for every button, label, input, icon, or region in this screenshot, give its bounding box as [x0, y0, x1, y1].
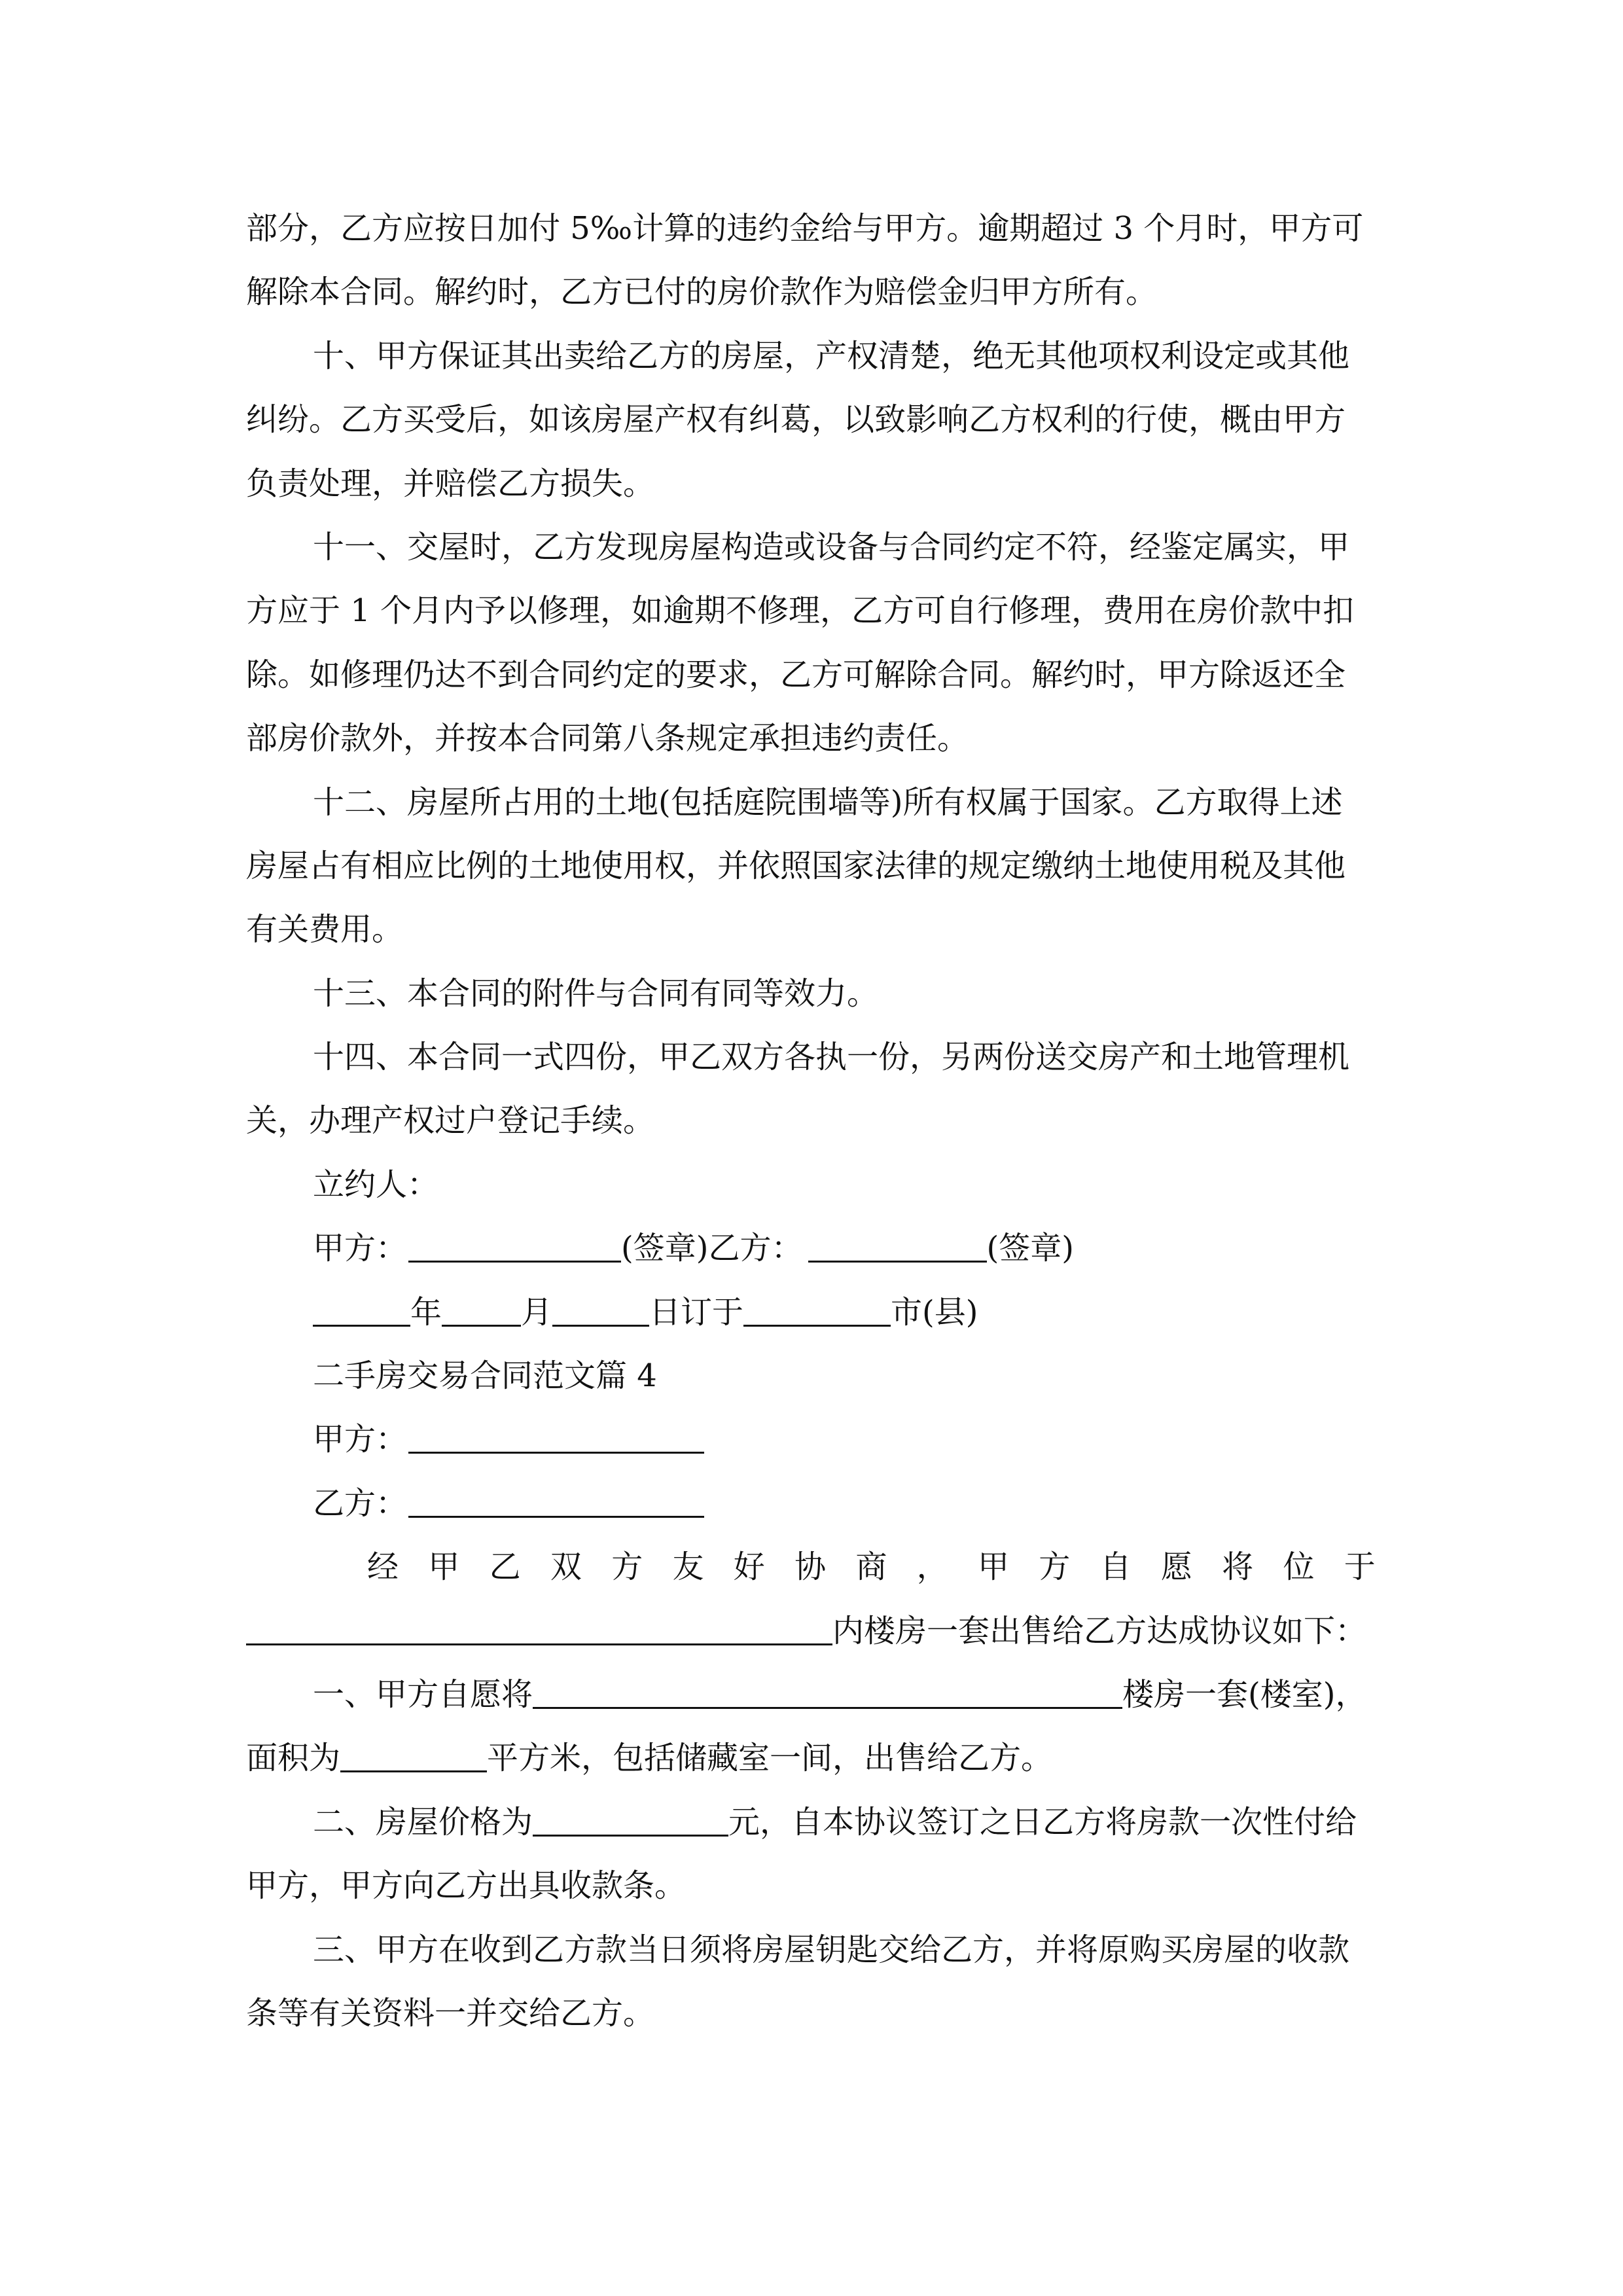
area-label: 面积为: [246, 1740, 340, 1776]
clause-thirteen: 十三、本合同的附件与合同有同等效力。: [246, 962, 1376, 1026]
clause-fourteen: 十四、本合同一式四份，甲乙双方各执一份，另两份送交房产和土地管理机 关，办理产权…: [246, 1026, 1376, 1153]
city-county-label: 市(县): [891, 1294, 978, 1331]
party-a-label: 甲方：: [313, 1230, 407, 1266]
char: 将: [1222, 1535, 1253, 1599]
location-blank[interactable]: [246, 1643, 832, 1645]
property-address-blank[interactable]: [533, 1706, 1122, 1709]
clause1-line2: 面积为平方米，包括储藏室一间，出售给乙方。: [246, 1727, 1376, 1790]
text-line: 有关费用。: [246, 898, 1376, 961]
party-a-seal: (签章): [621, 1230, 708, 1266]
char: 双: [550, 1535, 582, 1599]
date-place-line: 年月日订于市(县): [246, 1281, 1376, 1344]
area-tail: 平方米，包括储藏室一间，出售给乙方。: [487, 1740, 1052, 1776]
clause1-head: 一、甲方自愿将: [313, 1676, 533, 1713]
clause1-tail: 楼房一套(楼室)，: [1122, 1676, 1366, 1713]
paragraph-continuation: 部分，乙方应按日加付 5‰计算的违约金给与甲方。逾期超过 3 个月时，甲方可 解…: [246, 197, 1376, 325]
area-blank[interactable]: [340, 1770, 487, 1772]
text-line: 十二、房屋所占用的土地(包括庭院围墙等)所有权属于国家。乙方取得上述: [246, 771, 1376, 834]
clause3-line1: 三、甲方在收到乙方款当日须将房屋钥匙交给乙方，并将原购买房屋的收款: [246, 1918, 1376, 1982]
day-signed-at-label: 日订于: [649, 1294, 743, 1331]
document-body: 部分，乙方应按日加付 5‰计算的违约金给与甲方。逾期超过 3 个月时，甲方可 解…: [246, 197, 1376, 2045]
text-line: 十一、交屋时，乙方发现房屋构造或设备与合同约定不符，经鉴定属实，甲: [246, 516, 1376, 579]
text-line: 十三、本合同的附件与合同有同等效力。: [246, 962, 1376, 1026]
char: 位: [1283, 1535, 1314, 1599]
price-blank[interactable]: [533, 1834, 728, 1837]
month-blank[interactable]: [442, 1324, 521, 1327]
party-b-signature-blank[interactable]: [808, 1260, 987, 1263]
text-line: 纠纷。乙方买受后，如该房屋产权有纠葛，以致影响乙方权利的行使，概由甲方: [246, 388, 1376, 452]
year-blank[interactable]: [313, 1324, 410, 1327]
char: 方: [611, 1535, 643, 1599]
text-line: 关，办理产权过户登记手续。: [246, 1089, 1376, 1153]
char: 友: [672, 1535, 704, 1599]
char: 经: [367, 1535, 399, 1599]
clause3-line2: 条等有关资料一并交给乙方。: [246, 1982, 1376, 2045]
intro-location-line: 内楼房一套出售给乙方达成协议如下：: [246, 1600, 1376, 1663]
month-label: 月: [521, 1294, 552, 1331]
char: 好: [734, 1535, 765, 1599]
document-page: 部分，乙方应按日加付 5‰计算的违约金给与甲方。逾期超过 3 个月时，甲方可 解…: [0, 0, 1623, 2296]
char: ，: [917, 1535, 948, 1599]
char: 方: [1039, 1535, 1070, 1599]
clause2-head: 二、房屋价格为: [313, 1804, 533, 1840]
text-line: 除。如修理仍达不到合同约定的要求，乙方可解除合同。解约时，甲方除返还全: [246, 643, 1376, 707]
party-a-label: 甲方：: [313, 1421, 407, 1458]
day-blank[interactable]: [552, 1324, 649, 1327]
text-line: 方应于 1 个月内予以修理，如逾期不修理，乙方可自行修理，费用在房价款中扣: [246, 579, 1376, 643]
party-b-seal: (签章): [987, 1230, 1074, 1266]
signature-line: 甲方：(签章)乙方：(签章): [246, 1217, 1376, 1280]
char: 商: [855, 1535, 887, 1599]
party-b-label: 乙方：: [708, 1230, 802, 1266]
char: 甲: [428, 1535, 459, 1599]
section-title: 二手房交易合同范文篇 4: [246, 1344, 1376, 1408]
text-line: 部分，乙方应按日加付 5‰计算的违约金给与甲方。逾期超过 3 个月时，甲方可: [246, 197, 1376, 260]
char: 于: [1344, 1535, 1376, 1599]
char: 乙: [490, 1535, 521, 1599]
text-line: 解除本合同。解约时，乙方已付的房价款作为赔偿金归甲方所有。: [246, 260, 1376, 324]
clause2-line2: 甲方，甲方向乙方出具收款条。: [246, 1854, 1376, 1918]
contract4-party-b-line: 乙方：: [246, 1472, 1376, 1535]
clause2-line1: 二、房屋价格为元，自本协议签订之日乙方将房款一次性付给: [246, 1791, 1376, 1854]
signatories-label: 立约人：: [246, 1153, 1376, 1217]
clause1-line1: 一、甲方自愿将楼房一套(楼室)，: [246, 1663, 1376, 1727]
char: 愿: [1161, 1535, 1192, 1599]
year-label: 年: [410, 1294, 442, 1331]
clause-twelve: 十二、房屋所占用的土地(包括庭院围墙等)所有权属于国家。乙方取得上述 房屋占有相…: [246, 771, 1376, 962]
contract4-party-a-line: 甲方：: [246, 1408, 1376, 1471]
clause-eleven: 十一、交屋时，乙方发现房屋构造或设备与合同约定不符，经鉴定属实，甲 方应于 1 …: [246, 516, 1376, 771]
party-b-name-blank[interactable]: [408, 1515, 704, 1518]
text-line: 十、甲方保证其出卖给乙方的房屋，产权清楚，绝无其他项权利设定或其他: [246, 325, 1376, 388]
signature-block: 立约人： 甲方：(签章)乙方：(签章) 年月日订于市(县): [246, 1153, 1376, 1344]
city-blank[interactable]: [743, 1324, 891, 1327]
clause-ten: 十、甲方保证其出卖给乙方的房屋，产权清楚，绝无其他项权利设定或其他 纠纷。乙方买…: [246, 325, 1376, 516]
text-line: 十四、本合同一式四份，甲乙双方各执一份，另两份送交房产和土地管理机: [246, 1026, 1376, 1089]
intro-tail: 内楼房一套出售给乙方达成协议如下：: [832, 1613, 1366, 1649]
text-line: 部房价款外，并按本合同第八条规定承担违约责任。: [246, 707, 1376, 770]
text-line: 负责处理，并赔偿乙方损失。: [246, 452, 1376, 516]
clause2-tail: 元，自本协议签订之日乙方将房款一次性付给: [728, 1804, 1357, 1840]
char: 协: [794, 1535, 826, 1599]
party-a-name-blank[interactable]: [408, 1451, 704, 1454]
text-line: 房屋占有相应比例的土地使用权，并依照国家法律的规定缴纳土地使用税及其他: [246, 834, 1376, 898]
party-b-label: 乙方：: [313, 1485, 407, 1522]
intro-spaced-line: 经 甲 乙 双 方 友 好 协 商 ， 甲 方 自 愿 将 位 于: [246, 1535, 1376, 1599]
char: 甲: [978, 1535, 1009, 1599]
char: 自: [1100, 1535, 1132, 1599]
party-a-signature-blank[interactable]: [408, 1260, 621, 1263]
